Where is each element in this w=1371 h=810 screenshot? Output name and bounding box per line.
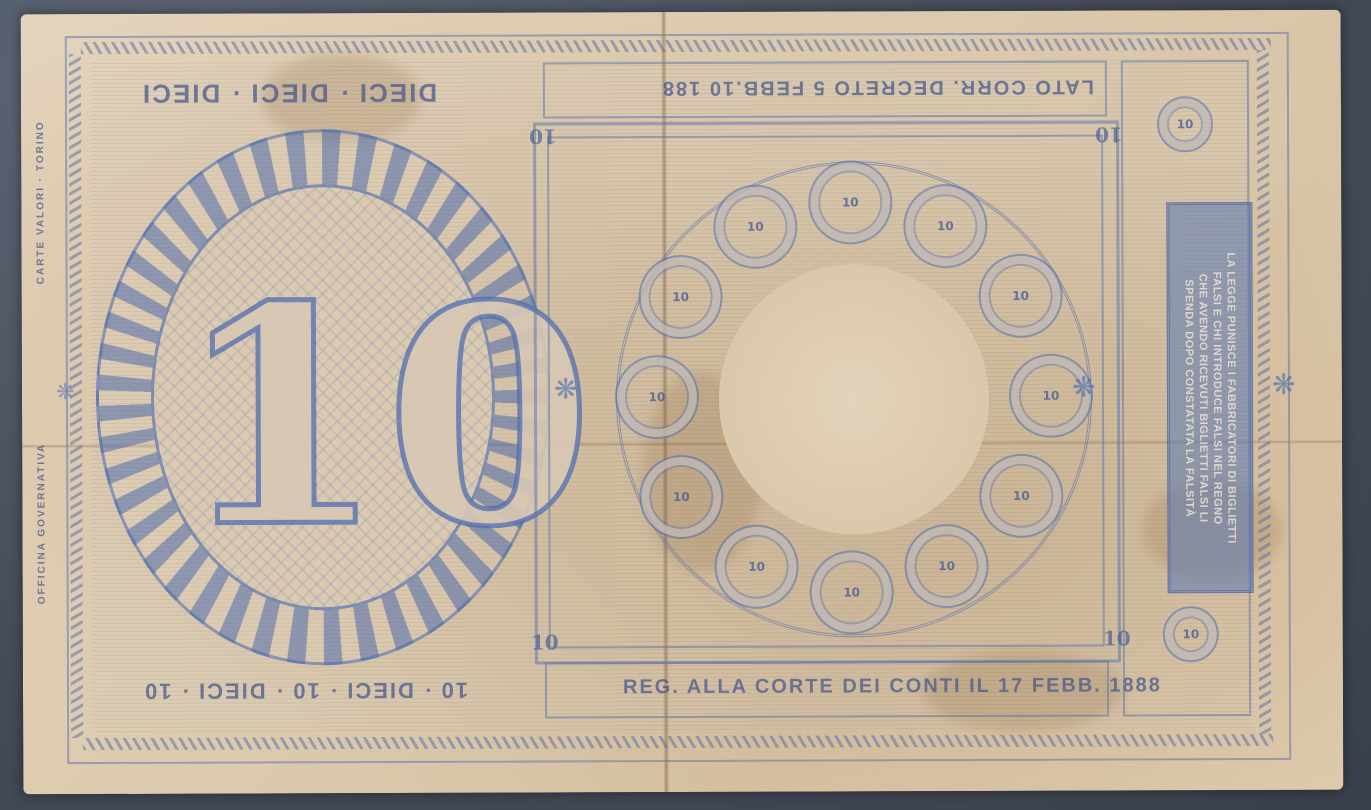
rosette: 10: [714, 525, 798, 609]
rosette: 10: [615, 355, 699, 439]
rosette: 10: [808, 160, 892, 244]
rosette: 10: [638, 255, 722, 339]
rosette: 10: [810, 550, 894, 634]
rope-border-right: [1257, 50, 1271, 734]
rosette: 10: [639, 455, 723, 539]
rosette: 10: [903, 184, 987, 268]
fleuron-icon: ❋: [554, 372, 578, 405]
top-legend-text: LATO CORR. DECRETO 5 FEBB.10 188: [661, 75, 1094, 100]
corner-numeral-top-right: 10: [1095, 122, 1123, 146]
corner-numeral-top-left: 10: [529, 124, 557, 148]
penalty-warning-text: LA LEGGE PUNISCE I FABBRICATORI DI BIGLI…: [1181, 213, 1238, 583]
fleuron-icon: ❋: [1072, 371, 1096, 404]
central-medallion: 10 10 10 10 10 10 10 10 10 10 10 10: [615, 161, 1093, 639]
denomination-oval-inner: 10: [150, 184, 495, 611]
rosette: 10: [713, 185, 797, 269]
rosette: 10: [1157, 96, 1213, 152]
rosette: 10: [1163, 606, 1219, 662]
fleuron-icon: ❋: [1272, 368, 1296, 401]
penalty-warning-panel: LA LEGGE PUNISCE I FABBRICATORI DI BIGLI…: [1166, 202, 1253, 593]
rosette: 10: [979, 454, 1063, 538]
corner-numeral-bottom-left: 10: [531, 630, 559, 654]
rosette: 10: [904, 524, 988, 608]
denomination-numeral: 10: [176, 266, 595, 567]
denomination-oval: 10: [95, 128, 551, 666]
watermark-area: [719, 264, 990, 535]
rosette: 10: [978, 254, 1062, 338]
bottom-left-repeat-text: 10 · DIECI · 10 · DIECI · 10: [143, 677, 468, 704]
top-left-repeat-text: DIECI · DIECI · DIECI: [141, 77, 437, 109]
printer-location-text: CARTE VALORI · TORINO: [35, 120, 47, 284]
printer-imprint-text: OFFICINA GOVERNATIVA: [36, 443, 48, 605]
fleuron-icon: ❋: [56, 380, 75, 405]
bottom-legend-text: REG. ALLA CORTE DEI CONTI IL 17 FEBB. 18…: [623, 674, 1162, 699]
banknote: DIECI · DIECI · DIECI 10 · DIECI · 10 · …: [21, 10, 1344, 795]
